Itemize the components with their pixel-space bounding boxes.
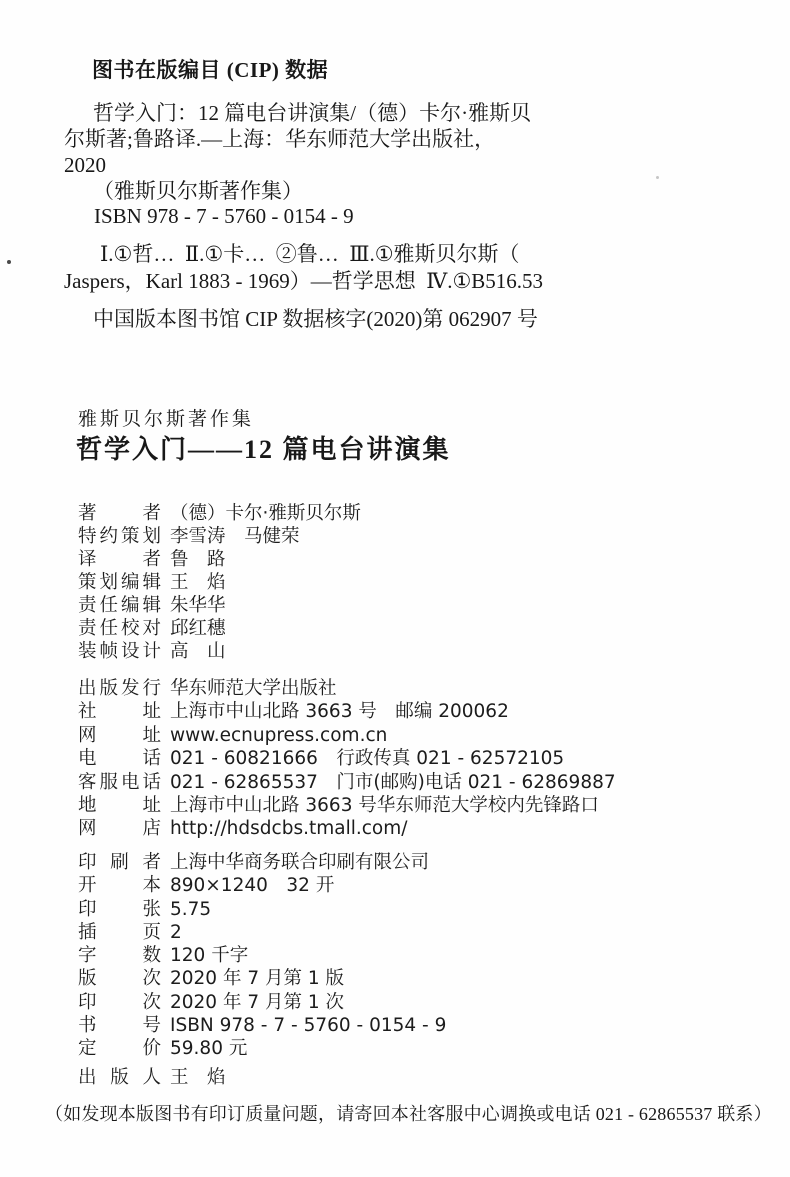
quality-notice: （如发现本版图书有印订质量问题，请寄回本社客服中心调换或电话 021 - 628… — [45, 1100, 772, 1126]
row-label: 印 刷 者 — [78, 851, 161, 874]
row-value: 李雪涛 马健荣 — [170, 525, 300, 548]
publisher-row-store-address: 地 址 上海市中山北路 3663 号华东师范大学校内先锋路口 — [78, 794, 616, 817]
row-label: 出 版 人 — [78, 1066, 161, 1089]
row-value: 上海市中山北路 3663 号华东师范大学校内先锋路口 — [170, 794, 599, 817]
row-value: 59.80 元 — [170, 1037, 247, 1060]
cip-catalog-line: 2020 — [64, 152, 531, 178]
row-label: 客服电话 — [78, 771, 161, 794]
row-label: 网 店 — [78, 817, 161, 840]
publisher-row-publisher: 出版发行 华东师范大学出版社 — [78, 677, 616, 700]
row-label: 装帧设计 — [78, 640, 161, 663]
publisher-row-online-store: 网 店 http://hdsdcbs.tmall.com/ — [78, 817, 616, 840]
cip-classification: Ⅰ.①哲… Ⅱ.①卡… ②鲁… Ⅲ.①雅斯贝尔斯（ Jaspers，Karl 1… — [64, 241, 543, 295]
row-label: 字 数 — [78, 944, 161, 967]
row-value: 朱华华 — [170, 594, 226, 617]
printing-row-impression: 印 次 2020 年 7 月第 1 次 — [78, 991, 446, 1014]
publisher-row-website: 网 址 www.ecnupress.com.cn — [78, 724, 616, 747]
printing-row-format: 开 本 890×1240 32 开 — [78, 874, 446, 897]
row-value: 鲁 路 — [170, 548, 226, 571]
printing-row-price: 定 价 59.80 元 — [78, 1037, 446, 1060]
publisher-row-service-phone: 客服电话 021 - 62865537 门市(邮购)电话 021 - 62869… — [78, 771, 616, 794]
credits-row-designer: 装帧设计 高 山 — [78, 640, 361, 663]
row-value: 王 焰 — [170, 1066, 226, 1089]
row-label: 印 次 — [78, 991, 161, 1014]
credits-row-responsible-editor: 责任编辑 朱华华 — [78, 594, 361, 617]
row-label: 开 本 — [78, 874, 161, 897]
cip-catalog-paragraph: 哲学入门：12 篇电台讲演集/（德）卡尔·雅斯贝 尔斯著;鲁路译.—上海：华东师… — [64, 100, 531, 178]
row-label: 责任校对 — [78, 617, 161, 640]
printing-row-edition: 版 次 2020 年 7 月第 1 版 — [78, 967, 446, 990]
scan-speck — [7, 260, 11, 264]
row-label: 定 价 — [78, 1037, 161, 1060]
cip-record-number: 中国版本图书馆 CIP 数据核字(2020)第 062907 号 — [93, 306, 538, 332]
publisher-row-phone: 电 话 021 - 60821666 行政传真 021 - 62572105 — [78, 747, 616, 770]
cip-series-note: （雅斯贝尔斯著作集） — [93, 178, 303, 204]
credits-row-translator: 译 者 鲁 路 — [78, 548, 361, 571]
row-value: 高 山 — [170, 640, 226, 663]
row-value: 120 千字 — [170, 944, 248, 967]
cip-classification-line: Jaspers，Karl 1883 - 1969）—哲学思想 Ⅳ.①B516.5… — [64, 268, 543, 295]
row-label: 策划编辑 — [78, 571, 161, 594]
row-value: 890×1240 32 开 — [170, 874, 334, 897]
publisher-person-block: 出 版 人 王 焰 — [78, 1066, 226, 1089]
row-value: 2 — [170, 921, 182, 944]
printing-row-sheets: 印 张 5.75 — [78, 898, 446, 921]
credits-row-special-planner: 特约策划 李雪涛 马健荣 — [78, 525, 361, 548]
printing-row-printer: 印 刷 者 上海中华商务联合印刷有限公司 — [78, 851, 446, 874]
printing-row-word-count: 字 数 120 千字 — [78, 944, 446, 967]
row-value: ISBN 978 - 7 - 5760 - 0154 - 9 — [170, 1014, 446, 1037]
cip-catalog-line: 尔斯著;鲁路译.—上海：华东师范大学出版社， — [64, 126, 531, 152]
row-label: 地 址 — [78, 794, 161, 817]
row-value: 021 - 60821666 行政传真 021 - 62572105 — [170, 747, 564, 770]
publisher-block: 出版发行 华东师范大学出版社 社 址 上海市中山北路 3663 号 邮编 200… — [78, 677, 616, 841]
printing-row-isbn: 书 号 ISBN 978 - 7 - 5760 - 0154 - 9 — [78, 1014, 446, 1037]
row-label: 插 页 — [78, 921, 161, 944]
row-value: （德）卡尔·雅斯贝尔斯 — [170, 502, 361, 525]
publisher-person-row: 出 版 人 王 焰 — [78, 1066, 226, 1089]
row-value: 2020 年 7 月第 1 版 — [170, 967, 344, 990]
credits-block: 著 者 （德）卡尔·雅斯贝尔斯 特约策划 李雪涛 马健荣 译 者 鲁 路 策划编… — [78, 502, 361, 663]
row-value: 2020 年 7 月第 1 次 — [170, 991, 344, 1014]
cip-isbn: ISBN 978 - 7 - 5760 - 0154 - 9 — [94, 203, 354, 229]
publisher-row-address: 社 址 上海市中山北路 3663 号 邮编 200062 — [78, 700, 616, 723]
row-value: www.ecnupress.com.cn — [170, 724, 387, 747]
series-title: 雅斯贝尔斯著作集 — [78, 404, 254, 431]
printing-block: 印 刷 者 上海中华商务联合印刷有限公司 开 本 890×1240 32 开 印… — [78, 851, 446, 1061]
row-value: 021 - 62865537 门市(邮购)电话 021 - 62869887 — [170, 771, 616, 794]
row-value: 5.75 — [170, 898, 211, 921]
row-value: 上海中华商务联合印刷有限公司 — [170, 851, 429, 874]
credits-row-proofreader: 责任校对 邱红穗 — [78, 617, 361, 640]
row-label: 特约策划 — [78, 525, 161, 548]
row-label: 出版发行 — [78, 677, 161, 700]
book-title: 哲学入门——12 篇电台讲演集 — [76, 429, 451, 466]
colophon-page: 图书在版编目 (CIP) 数据 哲学入门：12 篇电台讲演集/（德）卡尔·雅斯贝… — [0, 0, 790, 1177]
cip-catalog-line: 哲学入门：12 篇电台讲演集/（德）卡尔·雅斯贝 — [64, 100, 531, 126]
row-value: 上海市中山北路 3663 号 邮编 200062 — [170, 700, 509, 723]
row-label: 书 号 — [78, 1014, 161, 1037]
cip-classification-line: Ⅰ.①哲… Ⅱ.①卡… ②鲁… Ⅲ.①雅斯贝尔斯（ — [64, 241, 543, 268]
row-label: 译 者 — [78, 548, 161, 571]
row-value: 邱红穗 — [170, 617, 226, 640]
row-value: http://hdsdcbs.tmall.com/ — [170, 817, 407, 840]
row-label: 版 次 — [78, 967, 161, 990]
credits-row-planning-editor: 策划编辑 王 焰 — [78, 571, 361, 594]
row-label: 印 张 — [78, 898, 161, 921]
row-label: 网 址 — [78, 724, 161, 747]
scan-speck — [656, 176, 659, 179]
printing-row-inserts: 插 页 2 — [78, 921, 446, 944]
row-value: 华东师范大学出版社 — [170, 677, 337, 700]
row-value: 王 焰 — [170, 571, 226, 594]
row-label: 社 址 — [78, 700, 161, 723]
credits-row-author: 著 者 （德）卡尔·雅斯贝尔斯 — [78, 502, 361, 525]
row-label: 责任编辑 — [78, 594, 161, 617]
row-label: 著 者 — [78, 502, 161, 525]
cip-header: 图书在版编目 (CIP) 数据 — [92, 57, 328, 83]
row-label: 电 话 — [78, 747, 161, 770]
